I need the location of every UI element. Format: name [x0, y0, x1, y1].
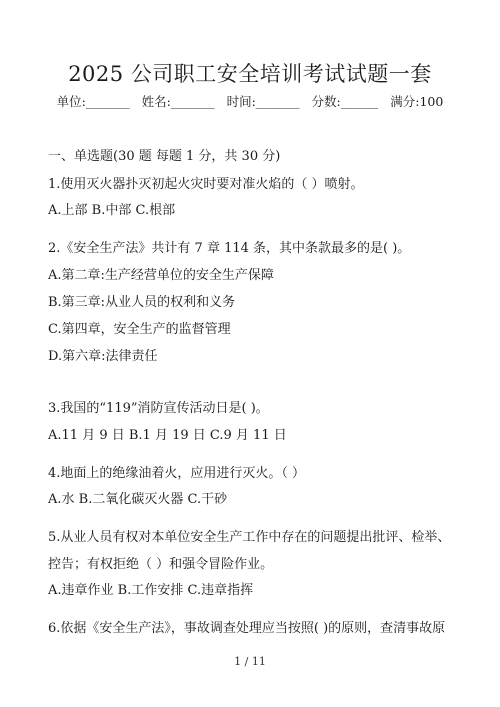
- question-4-options: A.水 B.二氧化碳灭火器 C.干砂: [48, 488, 227, 507]
- page-number: 1 / 11: [0, 655, 500, 668]
- full-score-field: 满分:100: [390, 94, 443, 109]
- unit-field: 单位:_______: [57, 94, 130, 109]
- question-5-options: A.违章作业 B.工作安排 C.违章指挥: [48, 579, 253, 598]
- question-3-stem: 3.我国的“119”消防宣传活动日是( )。: [48, 397, 269, 416]
- question-5-stem-line1: 5.从业人员有权对本单位安全生产工作中存在的问题提出批评、检举、: [48, 526, 450, 545]
- question-1-stem: 1.使用灭火器扑灭初起火灾时要对准火焰的（ ）喷射。: [48, 173, 364, 192]
- question-5-stem-line2: 控告；有权拒绝（ ）和强令冒险作业。: [48, 553, 273, 572]
- question-2-option-b: B.第三章:从业人员的权利和义务: [48, 291, 235, 310]
- name-field: 姓名:_______: [142, 94, 215, 109]
- question-2-stem: 2.《安全生产法》共计有 7 章 114 条，其中条款最多的是( )。: [48, 237, 410, 256]
- question-2-option-d: D.第六章:法律责任: [48, 345, 157, 364]
- question-4-stem: 4.地面上的绝缘油着火，应用进行灭火。（ ）: [48, 462, 305, 481]
- document-title: 2025 公司职工安全培训考试试题一套: [0, 58, 500, 88]
- info-fields: 单位:_______ 姓名:_______ 时间:_______ 分数:____…: [0, 92, 500, 110]
- question-6-stem: 6.依据《安全生产法》，事故调查处理应当按照( )的原则，查清事故原: [48, 617, 445, 636]
- question-3-options: A.11 月 9 日 B.1 月 19 日 C.9 月 11 日: [48, 424, 287, 443]
- section-heading: 一、单选题(30 题 每题 1 分，共 30 分): [48, 145, 280, 164]
- question-1-options: A.上部 B.中部 C.根部: [48, 199, 175, 218]
- question-2-option-c: C.第四章，安全生产的监督管理: [48, 318, 231, 337]
- score-field: 分数:______: [312, 94, 379, 109]
- time-field: 时间:_______: [227, 94, 300, 109]
- question-2-option-a: A.第二章:生产经营单位的安全生产保障: [48, 264, 274, 283]
